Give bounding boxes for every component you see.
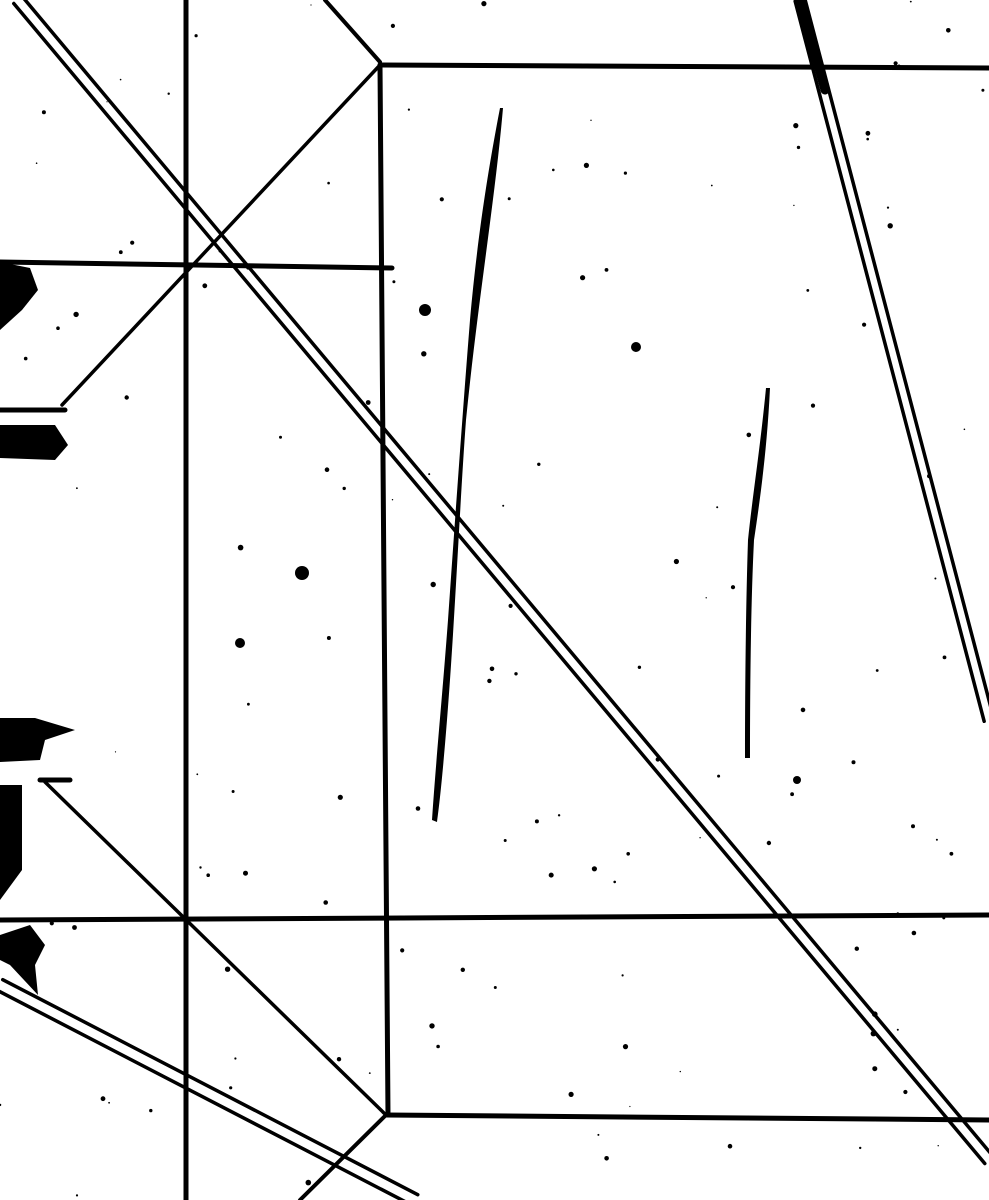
- speckle: [862, 323, 866, 327]
- speckle: [872, 1011, 878, 1017]
- speckle: [622, 974, 624, 976]
- speckle: [624, 172, 627, 175]
- speckle: [605, 268, 609, 272]
- speckle: [535, 819, 539, 823]
- speckle: [604, 1156, 609, 1161]
- speckle: [106, 101, 107, 102]
- speckle: [871, 1031, 877, 1037]
- speckle: [927, 474, 931, 478]
- speckle: [494, 986, 497, 989]
- speckle: [592, 866, 597, 871]
- speckle: [232, 790, 235, 793]
- speckle: [199, 866, 201, 868]
- speckle: [421, 351, 426, 356]
- speckle: [125, 395, 129, 399]
- speckle: [10, 297, 12, 299]
- speckle: [767, 841, 771, 845]
- speckle: [716, 506, 718, 508]
- ink-blot-2: [0, 425, 68, 460]
- speckle: [475, 271, 476, 272]
- speckle: [549, 873, 554, 878]
- speckle: [806, 289, 809, 292]
- speckle: [168, 93, 170, 95]
- ink-speck: [419, 304, 431, 316]
- speckle: [656, 757, 660, 761]
- ink-speck: [793, 776, 801, 784]
- speckle: [234, 1057, 236, 1059]
- speckle: [108, 1102, 110, 1104]
- speckle: [894, 61, 898, 65]
- speckle: [597, 1134, 599, 1136]
- speckle: [73, 312, 78, 317]
- speckle: [584, 163, 589, 168]
- speckle: [938, 1145, 939, 1146]
- speckle: [717, 775, 720, 778]
- speckle: [50, 921, 54, 925]
- speckle: [558, 814, 560, 816]
- speckle: [337, 1057, 341, 1061]
- speckle: [942, 916, 945, 919]
- speckle: [903, 1090, 907, 1094]
- speckle: [366, 400, 371, 405]
- speckle: [490, 667, 495, 672]
- speckle: [911, 824, 915, 828]
- speckle: [416, 806, 421, 811]
- speckle: [706, 597, 707, 598]
- speckle: [943, 656, 947, 660]
- speckle: [887, 207, 889, 209]
- speckle: [56, 326, 60, 330]
- speckle: [569, 1092, 574, 1097]
- speckle: [793, 205, 794, 206]
- speckle: [101, 1096, 106, 1101]
- speckle: [481, 1, 486, 6]
- line-drawing: [0, 0, 989, 1200]
- speckle: [338, 795, 343, 800]
- speckle: [674, 559, 679, 564]
- speckle: [897, 912, 899, 914]
- speckle: [934, 578, 936, 580]
- speckle: [206, 873, 210, 877]
- speckle: [196, 773, 198, 775]
- speckle: [1, 739, 3, 741]
- speckle: [225, 967, 230, 972]
- speckle: [504, 839, 507, 842]
- speckle: [369, 1072, 371, 1074]
- speckle: [852, 760, 856, 764]
- speckle: [195, 34, 198, 37]
- speckle: [912, 931, 917, 936]
- speckle: [130, 241, 134, 245]
- speckle: [811, 404, 815, 408]
- speckle: [964, 429, 966, 431]
- speckle: [429, 1023, 434, 1028]
- speckle: [580, 275, 585, 280]
- speckle: [699, 837, 700, 838]
- speckle: [115, 751, 116, 752]
- speckle: [946, 28, 951, 33]
- speckle: [149, 1109, 152, 1112]
- speckle: [76, 1194, 78, 1196]
- speckle: [440, 197, 444, 201]
- speckle: [623, 1044, 628, 1049]
- speckle: [680, 1071, 681, 1072]
- speckle: [323, 900, 328, 905]
- speckle: [219, 249, 223, 253]
- speckle: [509, 604, 513, 608]
- speckle: [502, 505, 504, 507]
- speckle: [391, 24, 395, 28]
- speckle: [431, 582, 436, 587]
- speckle: [888, 223, 893, 228]
- speckle: [866, 131, 871, 136]
- horizontal-line-top: [380, 65, 989, 68]
- speckle: [120, 79, 122, 81]
- speckle: [626, 852, 630, 856]
- speckle: [400, 948, 404, 952]
- speckle: [793, 123, 798, 128]
- speckle: [790, 792, 794, 796]
- speckle: [950, 852, 954, 856]
- speckle: [202, 283, 207, 288]
- speckle: [42, 110, 46, 114]
- speckle: [552, 169, 555, 172]
- speckle: [428, 473, 430, 475]
- speckle: [910, 1, 912, 3]
- speckle: [72, 925, 77, 930]
- speckle: [436, 1045, 440, 1049]
- speckle: [514, 672, 517, 675]
- speckle: [747, 433, 752, 438]
- speckle: [310, 4, 311, 5]
- speckle: [343, 487, 346, 490]
- speckle: [119, 250, 123, 254]
- ink-speck: [295, 566, 309, 580]
- speckle: [859, 1147, 861, 1149]
- speckle: [461, 968, 465, 972]
- speckle: [392, 499, 393, 500]
- speckle: [936, 839, 938, 841]
- speckle: [711, 185, 713, 187]
- speckle: [279, 436, 282, 439]
- speckle: [629, 1106, 630, 1107]
- speckle: [897, 1029, 899, 1031]
- ink-speck: [631, 342, 641, 352]
- speckle: [238, 545, 244, 551]
- speckle: [36, 162, 38, 164]
- speckle: [590, 120, 591, 121]
- speckle: [246, 266, 250, 270]
- speckle: [392, 280, 395, 283]
- speckle: [731, 585, 735, 589]
- speckle: [872, 1066, 877, 1071]
- speckle: [508, 197, 511, 200]
- speckle: [855, 947, 859, 951]
- ink-speck: [235, 638, 245, 648]
- speckle: [797, 146, 800, 149]
- speckle: [537, 463, 540, 466]
- speckle: [243, 871, 248, 876]
- speckle: [981, 89, 984, 92]
- speckle: [728, 1144, 733, 1149]
- speckle: [306, 1180, 312, 1186]
- speckle: [76, 487, 78, 489]
- speckle: [898, 65, 901, 68]
- speckle: [487, 679, 491, 683]
- speckle: [327, 182, 330, 185]
- speckle: [24, 357, 28, 361]
- speckle: [801, 708, 806, 713]
- speckle: [866, 138, 869, 141]
- speckle: [876, 669, 879, 672]
- speckle: [613, 881, 616, 884]
- speckle: [229, 1086, 232, 1089]
- speckle: [325, 467, 330, 472]
- speckle: [247, 703, 250, 706]
- speckle: [408, 109, 410, 111]
- speckle: [327, 636, 331, 640]
- speckle: [638, 666, 641, 669]
